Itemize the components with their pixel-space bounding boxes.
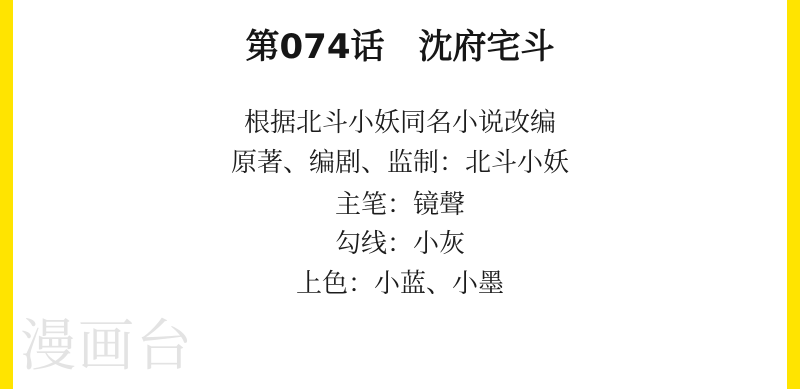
credit-line-author: 原著、编剧、监制：北斗小妖 [0, 149, 800, 178]
comic-page: 第074话 沈府宅斗 根据北斗小妖同名小说改编 原著、编剧、监制：北斗小妖 主笔… [0, 0, 800, 389]
credit-line-lineart: 勾线：小灰 [0, 230, 800, 259]
chapter-title: 第074话 沈府宅斗 [0, 29, 800, 66]
manhuatai-watermark: 漫画台 [20, 316, 194, 378]
credit-line-lead-artist: 主笔：镜聲 [0, 191, 800, 220]
credit-line-coloring: 上色：小蓝、小墨 [0, 270, 800, 299]
credit-line-adaptation: 根据北斗小妖同名小说改编 [0, 109, 800, 138]
